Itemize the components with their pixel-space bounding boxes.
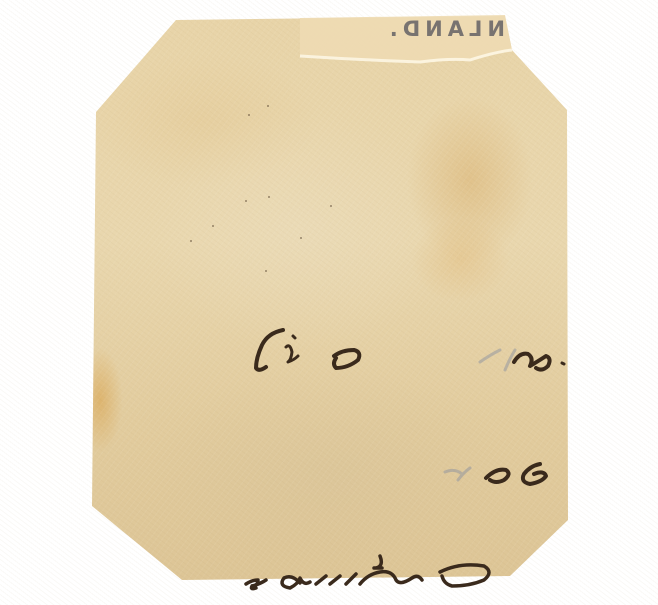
- speck: [248, 114, 250, 116]
- speck: [190, 240, 192, 242]
- postmark-text: NLAND.: [300, 14, 505, 44]
- speck: [265, 270, 267, 272]
- speck: [268, 196, 270, 198]
- stamp-reverse: NLAND.: [0, 0, 658, 605]
- speck: [300, 237, 302, 239]
- speck: [267, 105, 269, 107]
- speck: [245, 200, 247, 202]
- speck: [212, 225, 214, 227]
- tear-edge: [0, 0, 658, 605]
- speck: [330, 205, 332, 207]
